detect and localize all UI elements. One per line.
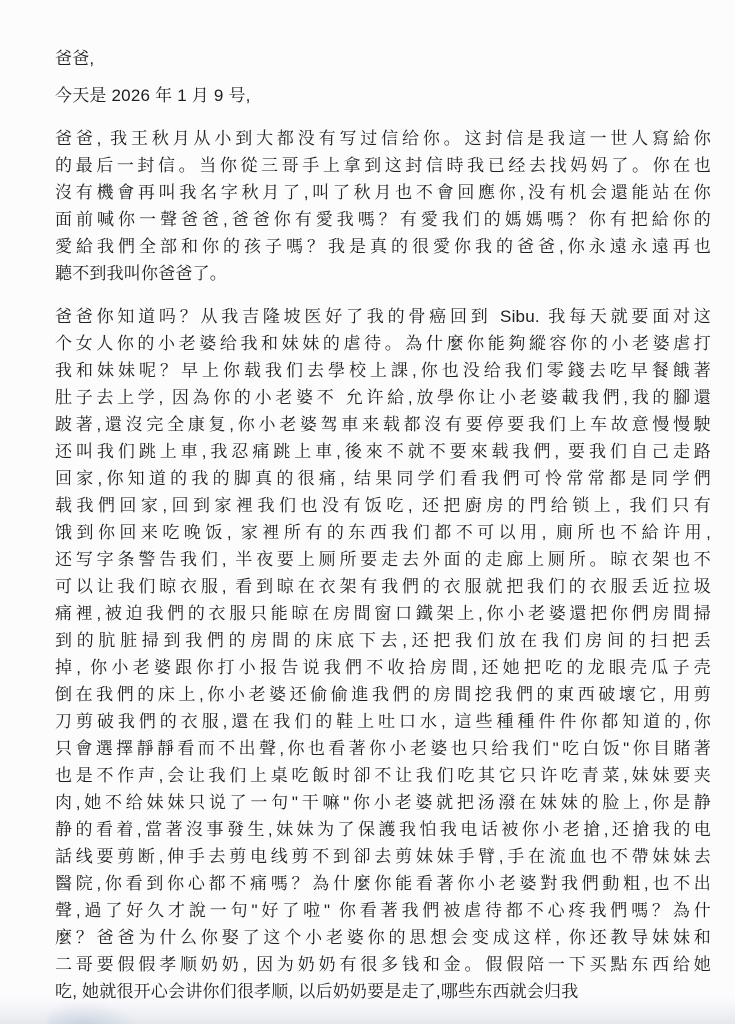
- text-line: 可以让我们晾衣服, 看到晾在衣架有我們的衣服就把我们的衣服丢近拉圾: [55, 573, 711, 600]
- letter-body: 爸爸, 今天是 2026 年 1 月 9 号, 爸爸, 我王秋月从小到大都没有写…: [55, 45, 711, 1005]
- text-line: 麼？爸爸为什么你娶了这个小老婆你的思想会变成这样, 你还教导妹妹和: [55, 924, 711, 951]
- text-line: 肚子去上学, 因為你的小老婆不 允许給,放學你让小老婆載我們,我的腳還: [55, 384, 711, 411]
- text-line: 也是不作声,会让我们上桌吃飯时卻不让我们吃其它只许吃青菜,妹妹要夹: [55, 762, 711, 789]
- text-line: 聽不到我叫你爸爸了。: [55, 260, 711, 287]
- text-line: 掉, 你小老婆跟你打小报告说我們不收拾房間,还她把吃的龙眼壳瓜子壳: [55, 654, 711, 681]
- text-line: 只會選擇靜靜看而不出聲,你也看著你小老婆也只给我们"吃白饭"你目賭著: [55, 735, 711, 762]
- text-line: 爸爸你知道吗？从我吉隆坡医好了我的骨癌回到 Sibu. 我每天就要面对这: [55, 303, 711, 330]
- text-line: 饿到你回来吃晚饭, 家裡所有的东西我们都不可以用, 廁所也不給许用,: [55, 519, 711, 546]
- text-line: 二哥要假假孝顺奶奶, 因为奶奶有很多钱和金。假假陪一下买點东西给她: [55, 951, 711, 978]
- text-line: 愛給我們全部和你的孩子嗎？我是真的很愛你我的爸爸,你永遠永遠再也: [55, 233, 711, 260]
- text-line: 我和妹妹呢？早上你载我们去學校上課,你也没给我们零錢去吃早餐餓著: [55, 357, 711, 384]
- scanned-letter-page: 爸爸, 今天是 2026 年 1 月 9 号, 爸爸, 我王秋月从小到大都没有写…: [0, 0, 735, 1024]
- text-line: 醫院,你看到你心都不痛嗎？為什麼你能看著你小老婆對我們動粗,也不出: [55, 870, 711, 897]
- salutation: 爸爸,: [55, 45, 711, 72]
- text-line: 話线要剪断,伸手去剪电线剪不到卻去剪妹妹手臂,手在流血也不帶妹妹去: [55, 843, 711, 870]
- text-line: 载我們回家,回到家裡我们也没有饭吃, 还把廚房的門给锁上, 我们只有: [55, 492, 711, 519]
- text-line: 回家,你知道的我的脚真的很痛, 结果同学们看我們可怜常常都是同学們: [55, 465, 711, 492]
- text-line: 爸爸, 我王秋月从小到大都没有写过信给你。这封信是我這一世人寫給你: [55, 125, 711, 152]
- text-line: 刀剪破我們的衣服,還在我们的鞋上吐口水, 這些種種件件你都知道的,你: [55, 708, 711, 735]
- text-line: 到的肮脏掃到我們的房間的床底下去,还把我们放在我们房间的扫把丢: [55, 627, 711, 654]
- date-line: 今天是 2026 年 1 月 9 号,: [55, 82, 711, 109]
- paragraph-opening: 爸爸, 我王秋月从小到大都没有写过信给你。这封信是我這一世人寫給你的最后一封信。…: [55, 125, 711, 287]
- paragraph-main: 爸爸你知道吗？从我吉隆坡医好了我的骨癌回到 Sibu. 我每天就要面对这个女人你…: [55, 303, 711, 1005]
- text-line: 痛裡,被迫我們的衣服只能晾在房間窗口鐵架上,你小老婆還把你們房間掃: [55, 600, 711, 627]
- text-line: 还写字条警告我们, 半夜要上厕所要走去外面的走廊上厕所。晾衣架也不: [55, 546, 711, 573]
- text-line: 还叫我们跳上車,我忍痛跳上車,後來不就不要來载我們, 要我们自己走路: [55, 438, 711, 465]
- text-line: 面前喊你一聲爸爸,爸爸你有愛我嗎？有愛我们的媽媽嗎？你有把給你的: [55, 206, 711, 233]
- text-line: 吃, 她就很开心会讲你们很孝顺, 以后奶奶要是走了,哪些东西就会归我: [55, 978, 711, 1005]
- text-line: 跛著,還沒完全康复,你小老婆驾車来载都沒有要停要我们上车故意慢慢駛: [55, 411, 711, 438]
- text-line: 肉,她不给妹妹只说了一句"干嘛"你小老婆就把汤潑在妹妹的脸上,你是静: [55, 789, 711, 816]
- text-line: 聲,過了好久才說一句"好了啦" 你看著我們被虐待都不心疼我們嗎？為什: [55, 897, 711, 924]
- text-line: 个女人你的小老婆给我和妹妹的虐待。為什麼你能夠縱容你的小老婆虐打: [55, 330, 711, 357]
- text-line: 倒在我們的床上,你小老婆还偷偷進我們的房間挖我們的東西破壞它, 用剪: [55, 681, 711, 708]
- text-line: 静的看着,當著沒事發生,妹妹为了保護我怕我电话被你小老搶,还搶我的电: [55, 816, 711, 843]
- text-line: 的最后一封信。当你從三哥手上拿到这封信時我已经去找妈妈了。你在也: [55, 152, 711, 179]
- text-line: 沒有機會再叫我名字秋月了,叫了秋月也不會回應你,没有机会還能站在你: [55, 179, 711, 206]
